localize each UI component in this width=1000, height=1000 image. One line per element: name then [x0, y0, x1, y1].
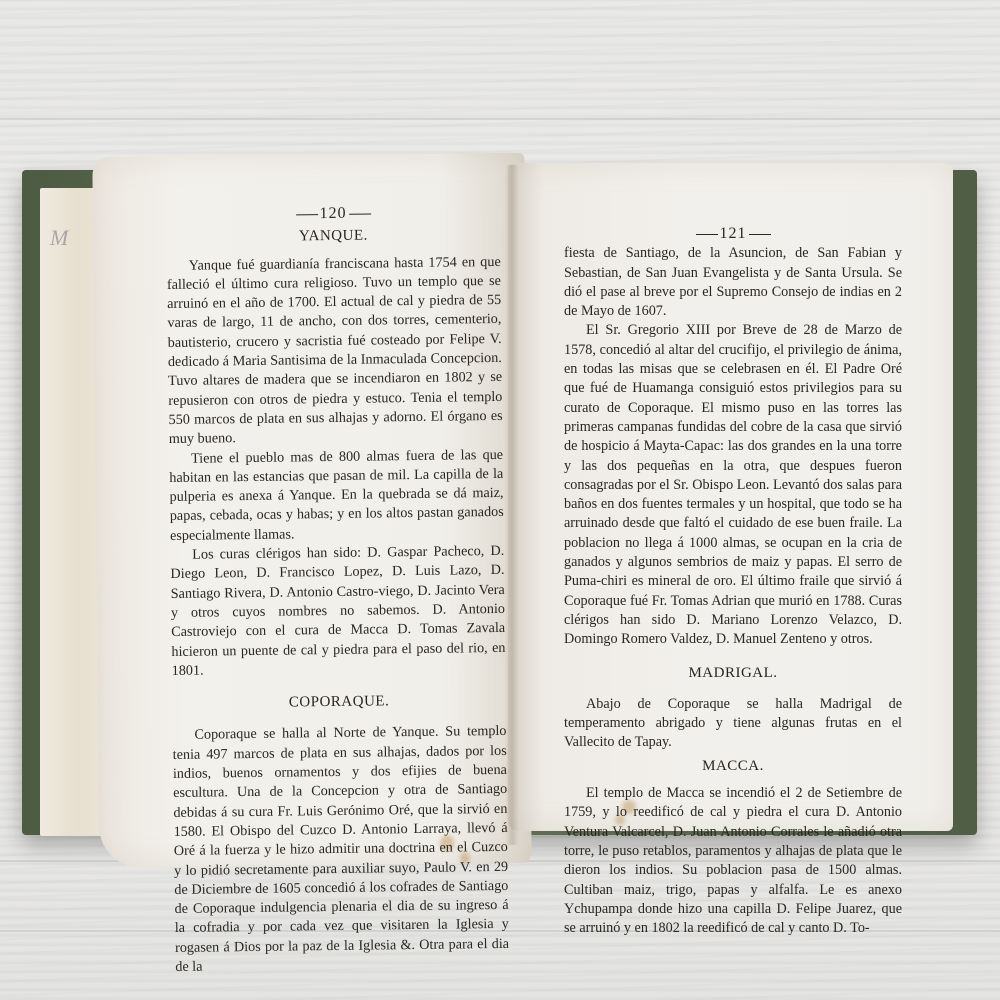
paragraph: Abajo de Coporaque se halla Madrigal de … [564, 695, 902, 753]
section-heading-macca: MACCA. [564, 757, 902, 776]
paragraph: Coporaque se halla al Norte de Yanque. S… [172, 722, 509, 977]
section-heading-yanque: YANQUE. [166, 225, 500, 248]
right-page-text: 121 fiesta de Santiago, de la Asuncion, … [564, 224, 902, 938]
book-spine-gutter [505, 165, 519, 845]
section-heading-coporaque: COPORAQUE. [172, 691, 506, 714]
marginal-handwriting: M [50, 225, 68, 251]
left-page-text: 120 YANQUE. Yanque fué guardianía franci… [166, 202, 509, 977]
page-number-120: 120 [166, 202, 500, 225]
paragraph-continuation: fiesta de Santiago, de la Asuncion, de S… [564, 244, 902, 321]
paragraph: Yanque fué guardianía franciscana hasta … [167, 253, 503, 450]
wood-board-seam [0, 118, 1000, 120]
paragraph: Los curas clérigos han sido: D. Gaspar P… [170, 542, 506, 681]
paragraph: El templo de Macca se incendió el 2 de S… [564, 784, 902, 938]
paragraph: El Sr. Gregorio XIII por Breve de 28 de … [564, 321, 902, 649]
section-heading-madrigal: MADRIGAL. [564, 664, 902, 683]
page-number-121: 121 [564, 224, 902, 243]
paragraph: Tiene el pueblo mas de 800 almas fuera d… [169, 445, 504, 546]
